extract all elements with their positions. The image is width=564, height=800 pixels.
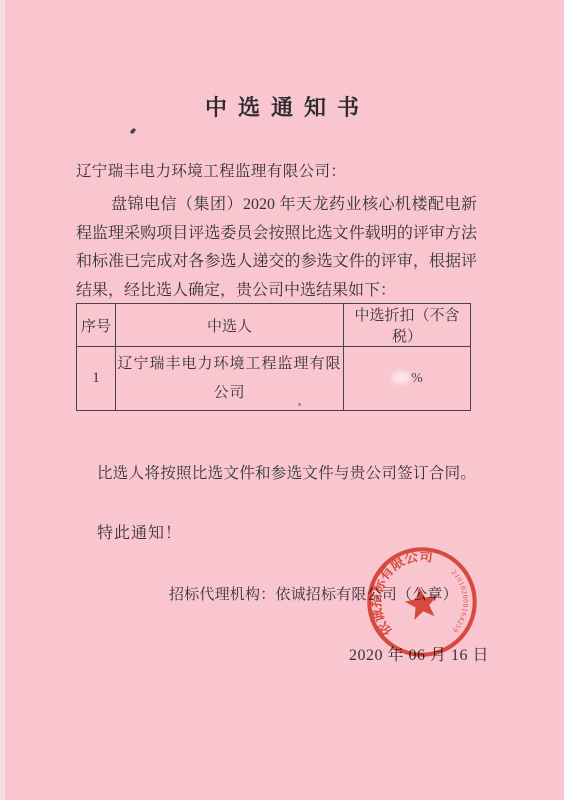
scanned-notice-page: 中选通知书 辽宁瑞丰电力环境工程监理有限公司： 盘锦电信（集团）2020 年天龙… — [0, 0, 564, 800]
document-title: 中选通知书 — [0, 97, 564, 119]
body-line-3: 和标准已完成对各参选人递交的参选文件的评审，根据评审 — [76, 248, 477, 277]
col-header-winner: 中选人 — [116, 304, 344, 347]
body-line-2: 程监理采购项目评选委员会按照比选文件载明的评审方法 — [76, 220, 477, 249]
cell-winner-name: 辽宁瑞丰电力环境工程监理有限公司 — [116, 347, 344, 411]
cell-discount: % — [344, 347, 471, 411]
scan-dot-mark — [298, 403, 301, 406]
scan-speck-mark — [130, 127, 137, 134]
scan-edge-strip — [0, 0, 5, 800]
body-line-4: 结果，经比选人确定，贵公司中选结果如下： — [76, 277, 477, 306]
body-line-1: 盘锦电信（集团）2020 年天龙药业核心机楼配电新建工 — [76, 191, 477, 220]
addressee-line: 辽宁瑞丰电力环境工程监理有限公司： — [76, 159, 346, 181]
col-header-seq: 序号 — [77, 304, 116, 347]
selection-result-table: 序号 中选人 中选折扣（不含税） 1 辽宁瑞丰电力环境工程监理有限公司 % — [76, 303, 471, 411]
date-line: 2020 年 06 月 16 日 — [349, 642, 489, 665]
redacted-discount-value — [391, 371, 410, 384]
col-header-discount: 中选折扣（不含税） — [344, 304, 471, 347]
discount-percent-sign: % — [411, 371, 423, 386]
table-row: 1 辽宁瑞丰电力环境工程监理有限公司 % — [77, 347, 471, 411]
notice-line: 特此通知！ — [97, 520, 182, 543]
body-paragraph: 盘锦电信（集团）2020 年天龙药业核心机楼配电新建工 程监理采购项目评选委员会… — [76, 191, 477, 305]
contract-line: 比选人将按照比选文件和参选文件与贵公司签订合同。 — [97, 461, 476, 483]
table-header-row: 序号 中选人 中选折扣（不含税） — [77, 304, 471, 347]
cell-seq-number: 1 — [77, 347, 116, 411]
agency-line: 招标代理机构：依诚招标有限公司（公章） — [169, 583, 458, 604]
